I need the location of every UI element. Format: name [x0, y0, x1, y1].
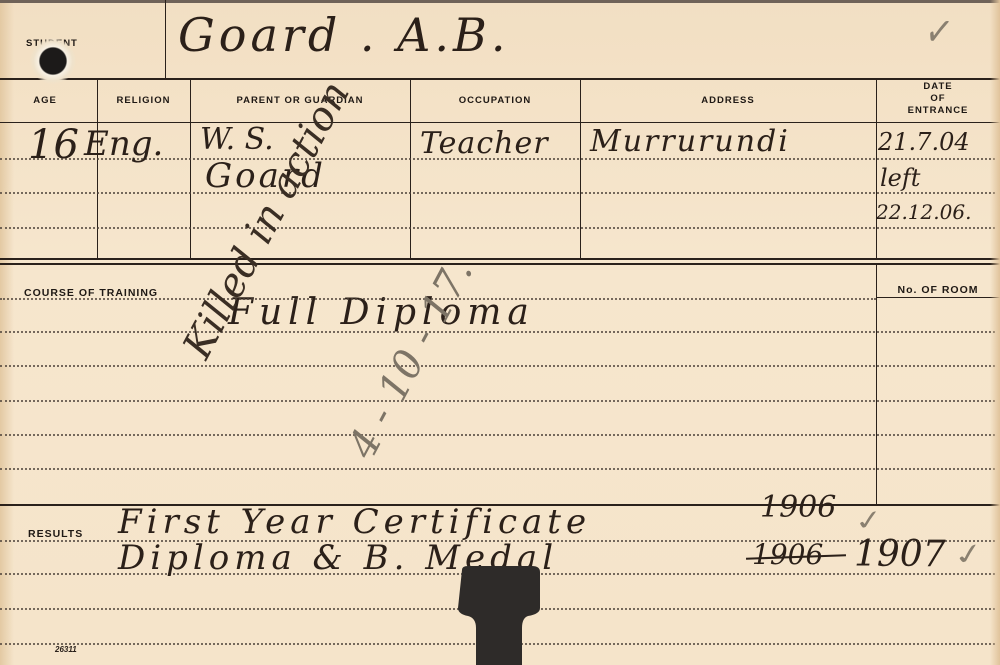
occupation-header: OCCUPATION: [410, 95, 580, 107]
age-value: 16: [28, 122, 79, 168]
address-header: ADDRESS: [580, 95, 876, 107]
course-rule-2: [0, 331, 995, 333]
student-record-card: STUDENT Goard . A.B. ✓ AGE RELIGION PARE…: [0, 0, 1000, 665]
date-of-entrance-header: DATE OF ENTRANCE: [876, 81, 1000, 117]
date-left-value: 22.12.06.: [876, 200, 971, 224]
date-header-line-2: OF: [876, 93, 1000, 105]
parent-value-line1: W. S.: [200, 122, 274, 157]
results-line1-year: 1906: [760, 490, 836, 525]
room-header-rule: [876, 297, 1000, 298]
room-label: No. OF ROOM: [876, 284, 1000, 296]
row-rule-3: [0, 227, 995, 229]
religion-header: RELIGION: [97, 95, 190, 107]
date-header-line-1: DATE: [876, 81, 1000, 93]
header-divider: [165, 0, 166, 78]
parent-header: PARENT OR GUARDIAN: [190, 95, 410, 107]
check-mark-icon: ✓: [922, 7, 956, 59]
row-rule-2: [0, 192, 995, 194]
card-serial-number: 26311: [55, 645, 77, 654]
date-left-label: left: [880, 164, 920, 192]
course-rule-3: [0, 365, 995, 367]
course-rule-5: [0, 434, 995, 436]
date-entrance-value: 21.7.04: [878, 128, 970, 156]
results-check-2-icon: ✓: [950, 537, 987, 574]
card-mount-clip-icon: [456, 566, 542, 665]
results-label: RESULTS: [28, 528, 83, 540]
student-name: Goard . A.B.: [178, 8, 509, 62]
column-header-rule: [0, 122, 1000, 123]
section-rule-top: [0, 258, 1000, 260]
course-rule-6: [0, 468, 995, 470]
punch-hole-icon: [30, 38, 76, 84]
address-value: Murrurundi: [590, 124, 790, 159]
section-rule-bottom: [0, 263, 1000, 265]
card-top-edge: [0, 0, 1000, 3]
religion-value: Eng.: [84, 124, 163, 164]
results-line2-year: 1907: [854, 534, 946, 575]
header-bottom-rule: [0, 78, 1000, 80]
date-header-line-3: ENTRANCE: [876, 105, 1000, 117]
results-line1-text: First Year Certificate: [118, 502, 591, 542]
age-header: AGE: [0, 95, 90, 107]
course-rule-4: [0, 400, 995, 402]
occupation-value: Teacher: [420, 126, 549, 161]
